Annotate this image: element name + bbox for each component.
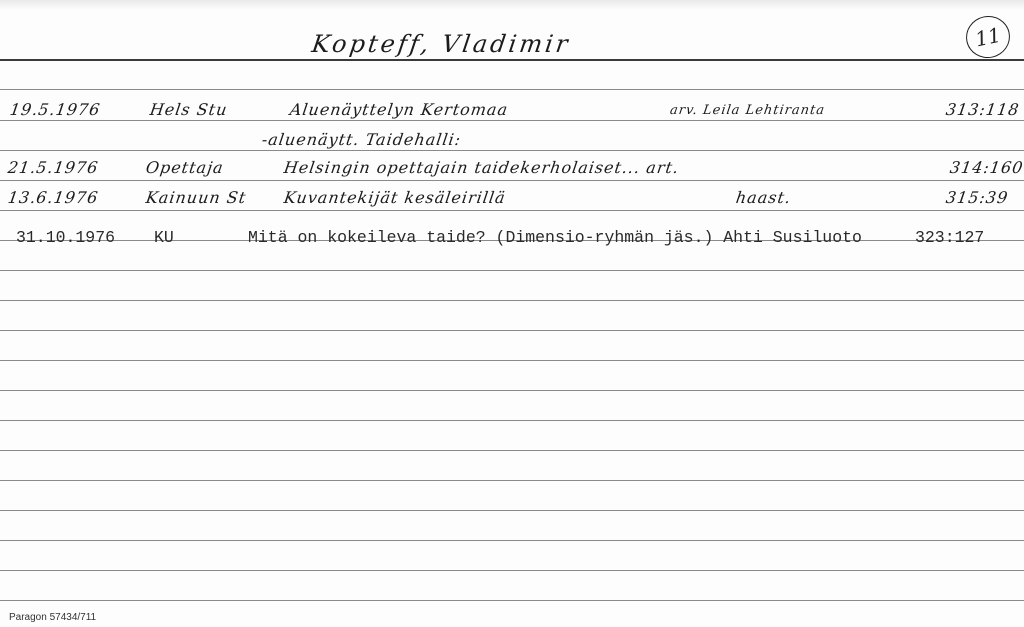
entry-continuation: -aluenäytt. Taidehalli: xyxy=(261,130,463,149)
entry-note: haast. xyxy=(735,188,793,207)
entry-ref: 323:127 xyxy=(915,228,984,247)
rule-line xyxy=(0,180,1024,181)
heading-rule xyxy=(0,59,1024,61)
rule-line xyxy=(0,390,1024,391)
entry-date: 13.6.1976 xyxy=(7,188,100,207)
entry-title: Helsingin opettajain taidekerholaiset...… xyxy=(283,158,681,177)
rule-line xyxy=(0,540,1024,541)
rule-line xyxy=(0,480,1024,481)
rule-line xyxy=(0,210,1024,211)
entry-source: Opettaja xyxy=(145,158,225,177)
card-edge-shadow xyxy=(0,0,1024,10)
entry-source: Hels Stu xyxy=(149,100,229,119)
entry-date: 21.5.1976 xyxy=(7,158,100,177)
entry-ref: 315:39 xyxy=(945,188,1010,207)
rule-line xyxy=(0,420,1024,421)
rule-line xyxy=(0,600,1024,601)
rule-line xyxy=(0,450,1024,451)
index-card: Kopteff, Vladimir 11 19.5.1976 Hels Stu … xyxy=(0,0,1024,627)
rule-line xyxy=(0,300,1024,301)
card-number-badge: 11 xyxy=(962,12,1014,62)
rule-line xyxy=(0,570,1024,571)
rule-line xyxy=(0,150,1024,151)
entry-title: Kuvantekijät kesäleirillä xyxy=(283,188,507,207)
card-number: 11 xyxy=(973,23,1003,52)
rule-line xyxy=(0,89,1024,90)
rule-line xyxy=(0,510,1024,511)
card-heading: Kopteff, Vladimir xyxy=(310,30,572,58)
entry-title: Mitä on kokeileva taide? (Dimensio-ryhmä… xyxy=(248,228,862,247)
rule-line xyxy=(0,270,1024,271)
entry-note: arv. Leila Lehtiranta xyxy=(669,103,826,118)
entry-ref: 313:118 xyxy=(945,100,1021,119)
rule-line xyxy=(0,120,1024,121)
rule-line xyxy=(0,360,1024,361)
card-footer-imprint: Paragon 57434/711 xyxy=(9,612,96,623)
entry-title: Aluenäyttelyn Kertomaa xyxy=(289,100,510,119)
entry-ref: 314:160 xyxy=(949,158,1024,177)
entry-source: Kainuun St xyxy=(145,188,248,207)
rule-line xyxy=(0,330,1024,331)
entry-date: 19.5.1976 xyxy=(9,100,102,119)
entry-date: 31.10.1976 xyxy=(16,228,115,247)
entry-source: KU xyxy=(154,228,174,247)
